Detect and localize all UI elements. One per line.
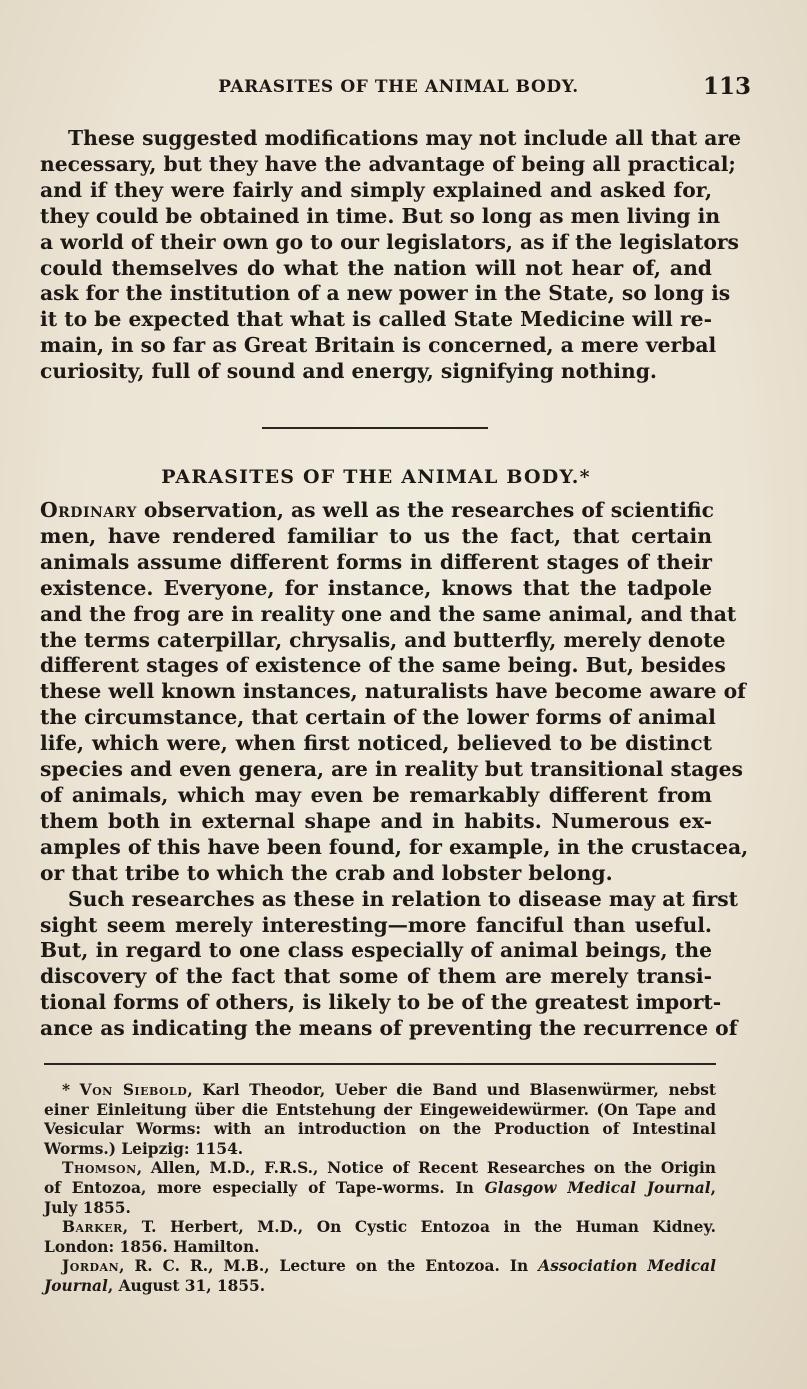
text-line: July 1855.	[44, 1199, 716, 1219]
text-line: Jordan, R. C. R., M.B., Lecture on the E…	[44, 1257, 716, 1277]
text-line: species and even genera, are in reality …	[40, 757, 712, 783]
text-line: could themselves do what the nation will…	[40, 256, 712, 282]
footnote-author: Thomson	[62, 1159, 137, 1177]
text-line: Thomson, Allen, M.D., F.R.S., Notice of …	[44, 1159, 716, 1179]
text-line: existence. Everyone, for instance, knows…	[40, 576, 712, 602]
text-line: them both in external shape and in habit…	[40, 809, 712, 835]
footnotes: * Von Siebold, Karl Theodor, Ueber die B…	[44, 1081, 716, 1297]
text-line: the circumstance, that certain of the lo…	[40, 705, 712, 731]
text-line: amples of this have been found, for exam…	[40, 835, 712, 861]
book-page: PARASITES OF THE ANIMAL BODY. 113 These …	[0, 0, 807, 1389]
text-line: tional forms of others, is likely to be …	[40, 990, 712, 1016]
text-line: Barker, T. Herbert, M.D., On Cystic Ento…	[44, 1218, 716, 1238]
text-line: they could be obtained in time. But so l…	[40, 204, 712, 230]
footnote-divider	[44, 1063, 716, 1065]
text-line: Such researches as these in relation to …	[40, 887, 712, 913]
text-line: Worms.) Leipzig: 1154.	[44, 1140, 716, 1160]
text-line: sight seem merely interesting—more fanci…	[40, 913, 712, 939]
text-line: a world of their own go to our legislato…	[40, 230, 712, 256]
text-line: and if they were fairly and simply expla…	[40, 178, 712, 204]
text-line: But, in regard to one class especially o…	[40, 938, 712, 964]
text-line: and the frog are in reality one and the …	[40, 602, 712, 628]
journal-title: Journal	[44, 1277, 108, 1295]
text-line: men, have rendered familiar to us the fa…	[40, 524, 712, 550]
text-line: Journal, August 31, 1855.	[44, 1277, 716, 1297]
text-line: These suggested modifications may not in…	[40, 126, 712, 152]
text-line: London: 1856. Hamilton.	[44, 1238, 716, 1258]
text-line: animals assume different forms in differ…	[40, 550, 712, 576]
text-line: the terms caterpillar, chrysalis, and bu…	[40, 628, 712, 654]
text-line: * Von Siebold, Karl Theodor, Ueber die B…	[44, 1081, 716, 1101]
previous-section-paragraph: These suggested modifications may not in…	[40, 126, 712, 385]
text-line: these well known instances, naturalists …	[40, 679, 712, 705]
footnote-author: Jordan	[62, 1257, 119, 1275]
text-line: necessary, but they have the advantage o…	[40, 152, 712, 178]
journal-title: Glasgow Medical Journal	[485, 1179, 711, 1197]
footnote-von-siebold: * Von Siebold, Karl Theodor, Ueber die B…	[44, 1081, 716, 1159]
section-title: PARASITES OF THE ANIMAL BODY.*	[40, 466, 712, 488]
footnote-marker: *	[62, 1081, 70, 1099]
text-line: of Entozoa, more especially of Tape-worm…	[44, 1179, 716, 1199]
page-number: 113	[703, 73, 751, 100]
footnote-author: Von Siebold	[80, 1081, 188, 1099]
running-head: PARASITES OF THE ANIMAL BODY. 113	[40, 75, 757, 105]
text-line: ask for the institution of a new power i…	[40, 281, 712, 307]
text-line: discovery of the fact that some of them …	[40, 964, 712, 990]
running-title: PARASITES OF THE ANIMAL BODY.	[40, 77, 757, 97]
journal-title: Association Medical	[538, 1257, 716, 1275]
text-line: of animals, which may even be remarkably…	[40, 783, 712, 809]
section-body: Ordinary observation, as well as the res…	[40, 498, 712, 1042]
text-line: Ordinary observation, as well as the res…	[40, 498, 712, 524]
lead-word: Ordinary	[40, 498, 137, 522]
section-divider	[262, 427, 488, 429]
text-line: life, which were, when first noticed, be…	[40, 731, 712, 757]
text-line: ance as indicating the means of preventi…	[40, 1016, 712, 1042]
text-line: different stages of existence of the sam…	[40, 653, 712, 679]
text-line: or that tribe to which the crab and lobs…	[40, 861, 712, 887]
footnote-thomson: Thomson, Allen, M.D., F.R.S., Notice of …	[44, 1159, 716, 1218]
text-line: main, in so far as Great Britain is conc…	[40, 333, 712, 359]
text-line: it to be expected that what is called St…	[40, 307, 712, 333]
footnote-author: Barker	[62, 1218, 123, 1236]
text-line: einer Einleitung über die Entstehung der…	[44, 1101, 716, 1121]
text-line: Vesicular Worms: with an introduction on…	[44, 1120, 716, 1140]
footnote-jordan: Jordan, R. C. R., M.B., Lecture on the E…	[44, 1257, 716, 1296]
text-line: curiosity, full of sound and energy, sig…	[40, 359, 712, 385]
footnote-barker: Barker, T. Herbert, M.D., On Cystic Ento…	[44, 1218, 716, 1257]
